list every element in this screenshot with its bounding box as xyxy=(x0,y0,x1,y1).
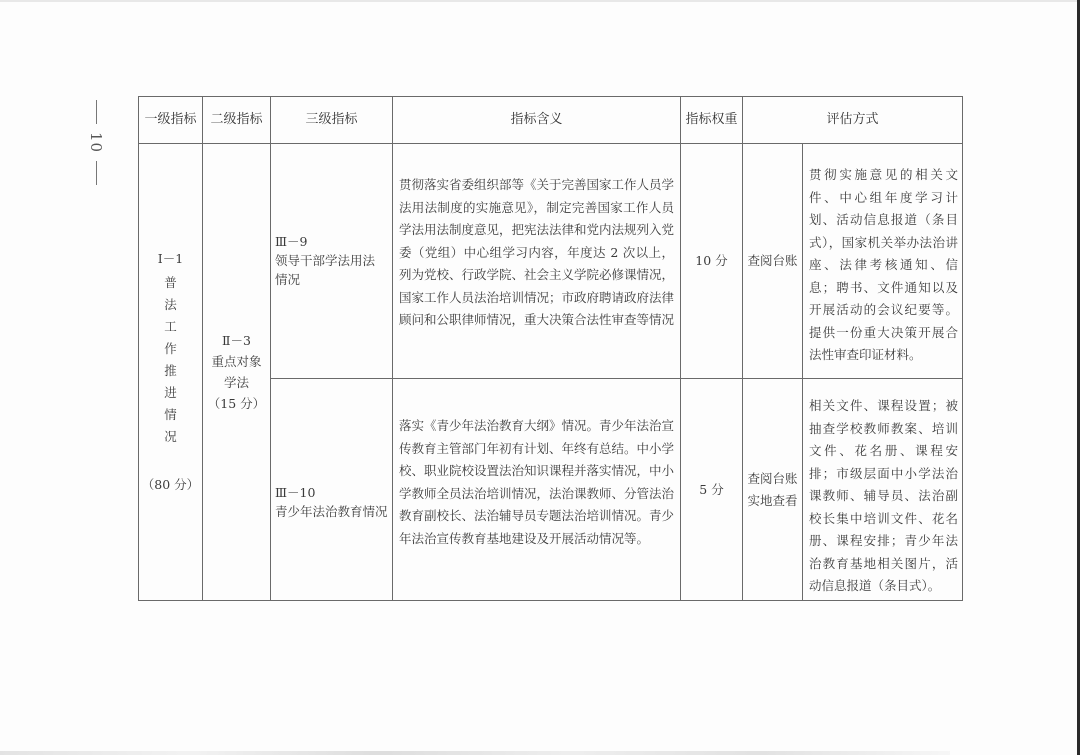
level2-score: （15 分） xyxy=(203,393,270,414)
header-level1: 一级指标 xyxy=(139,97,203,144)
method-line1: 查阅台账 xyxy=(743,468,802,490)
level3-title-line1: 领导干部学法用法 xyxy=(275,251,392,270)
header-meaning: 指标含义 xyxy=(393,97,681,144)
method-cell: 查阅台账 实地查看 xyxy=(743,379,803,601)
weight-cell: 5 分 xyxy=(681,379,743,601)
level1-title-char: 推 xyxy=(139,360,202,382)
level1-title-char: 情 xyxy=(139,404,202,426)
method-line2: 实地查看 xyxy=(743,490,802,512)
level2-code: Ⅱ－3 xyxy=(203,330,270,351)
page-top-edge xyxy=(0,0,1080,2)
level3-title-line2: 情况 xyxy=(275,270,392,289)
level2-title-line1: 重点对象 xyxy=(203,351,270,372)
page-number-dash-top xyxy=(96,100,97,124)
meaning-cell: 贯彻落实省委组织部等《关于完善国家工作人员学法用法制度的实施意见》，制定完善国家… xyxy=(393,144,681,379)
level1-title-char: 工 xyxy=(139,316,202,338)
method-cell: 查阅台账 xyxy=(743,144,803,379)
level2-cell: Ⅱ－3 重点对象 学法 （15 分） xyxy=(203,144,271,601)
level1-title-char: 普 xyxy=(139,272,202,294)
table-header-row: 一级指标 二级指标 三级指标 指标含义 指标权重 评估方式 xyxy=(139,97,963,144)
method-line1: 查阅台账 xyxy=(743,250,802,272)
level1-title-char: 进 xyxy=(139,382,202,404)
level3-code: Ⅲ－10 xyxy=(275,483,392,502)
level3-cell: Ⅲ－9 领导干部学法用法 情况 xyxy=(271,144,393,379)
header-weight: 指标权重 xyxy=(681,97,743,144)
level3-code: Ⅲ－9 xyxy=(275,232,392,251)
header-evaluation: 评估方式 xyxy=(743,97,963,144)
level3-title-line1: 青少年法治教育情况 xyxy=(275,502,392,521)
level1-title-char: 况 xyxy=(139,426,202,448)
level1-title-char: 法 xyxy=(139,294,202,316)
level1-score: （80 分） xyxy=(139,474,202,496)
level1-code: Ⅰ－1 xyxy=(139,248,202,270)
criteria-cell: 相关文件、课程设置；被抽查学校教师教案、培训文件、花名册、课程安排；市级层面中小… xyxy=(803,379,963,601)
page-number-value: 10 xyxy=(87,132,105,153)
weight-cell: 10 分 xyxy=(681,144,743,379)
header-level3: 三级指标 xyxy=(271,97,393,144)
scan-bottom-strip xyxy=(0,751,950,755)
level1-title-char: 作 xyxy=(139,338,202,360)
level3-cell: Ⅲ－10 青少年法治教育情况 xyxy=(271,379,393,601)
table-row: Ⅰ－1 普 法 工 作 推 进 情 况 （80 分） Ⅱ－3 重点对象 学法 （… xyxy=(139,144,963,379)
indicator-table: 一级指标 二级指标 三级指标 指标含义 指标权重 评估方式 Ⅰ－1 普 法 工 … xyxy=(138,96,963,601)
page-number: 10 xyxy=(86,100,106,190)
criteria-cell: 贯彻实施意见的相关文件、中心组年度学习计划、活动信息报道（条目式），国家机关举办… xyxy=(803,144,963,379)
meaning-cell: 落实《青少年法治教育大纲》情况。青少年法治宣传教育主管部门年初有计划、年终有总结… xyxy=(393,379,681,601)
level1-cell: Ⅰ－1 普 法 工 作 推 进 情 况 （80 分） xyxy=(139,144,203,601)
page-number-dash-bottom xyxy=(96,161,97,185)
header-level2: 二级指标 xyxy=(203,97,271,144)
level2-title-line2: 学法 xyxy=(203,372,270,393)
